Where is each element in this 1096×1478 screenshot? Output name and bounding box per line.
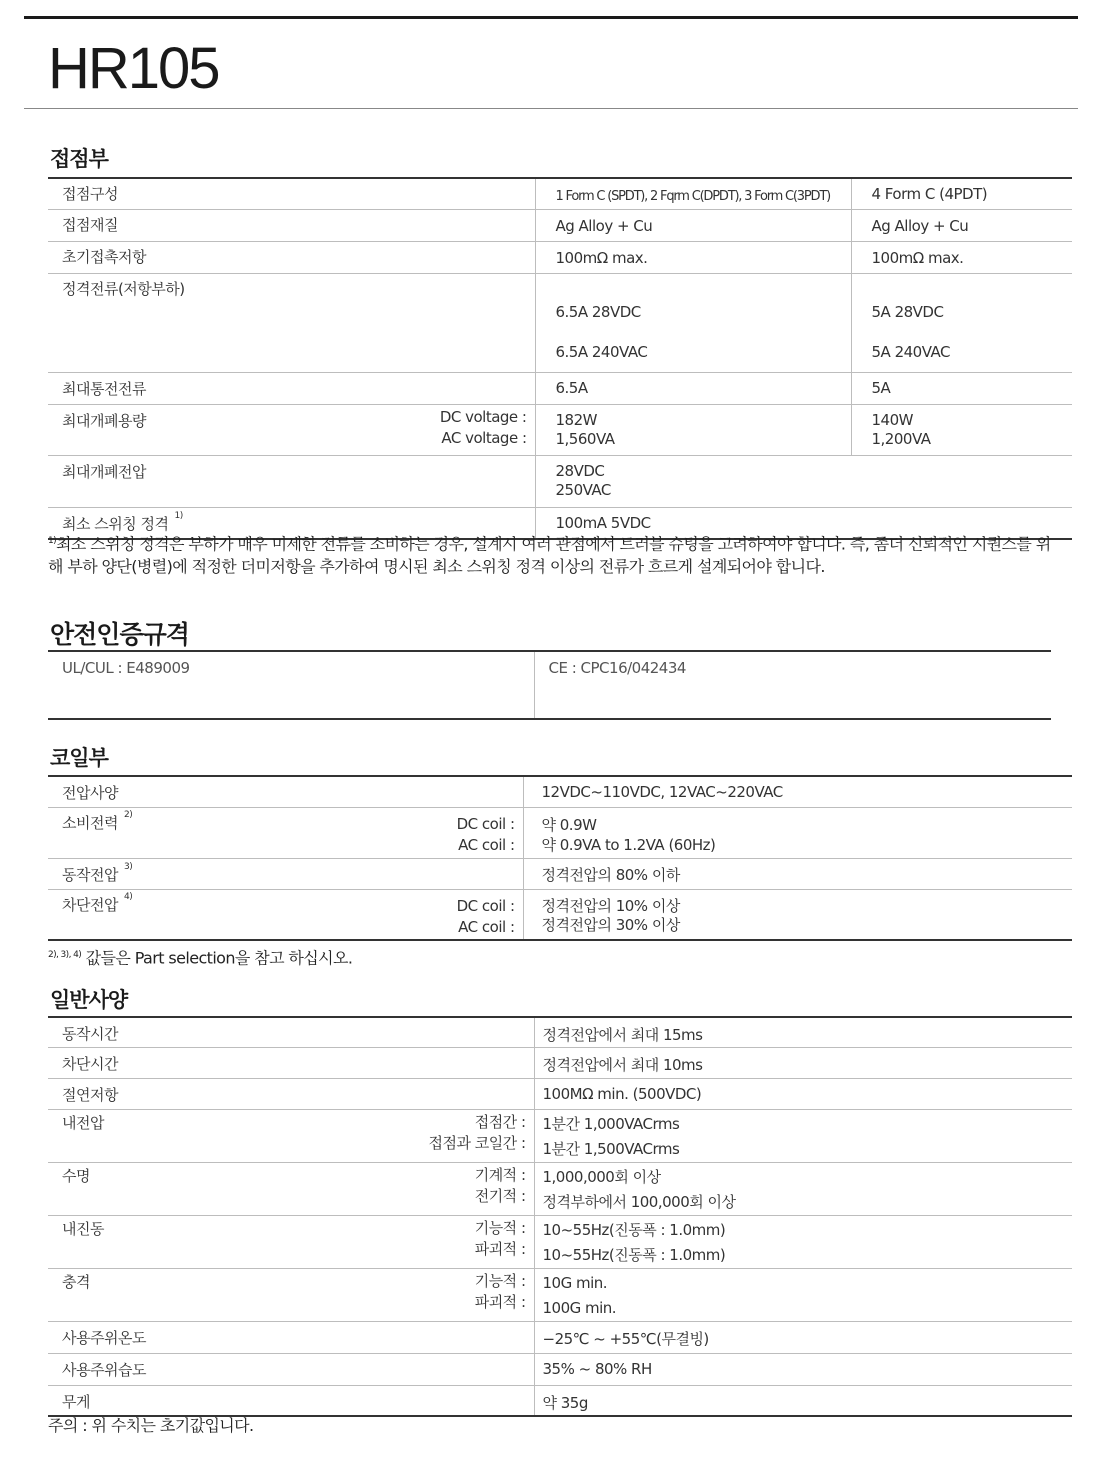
table-row: 사용주위온도 −25℃ ~ +55℃(무결빙) xyxy=(48,1321,1072,1353)
table-row: 최대개폐용량 DC voltage : AC voltage : 182W 1,… xyxy=(48,404,1072,455)
table-row: 정격전류(저항부하) 6.5A 28VDC 6.5A 240VAC 5A 28V… xyxy=(48,273,1072,372)
cert-ce: CE : CPC16/042434 xyxy=(534,651,1051,719)
contact-section-title: 접점부 xyxy=(50,143,108,173)
table-row: 절연저항 100MΩ min. (500VDC) xyxy=(48,1078,1072,1109)
row-value: 약 0.9VA to 1.2VA (60Hz) xyxy=(542,835,1073,855)
row-value: 10G min. xyxy=(543,1271,1073,1296)
row-label: 정격전류(저항부하) xyxy=(48,273,535,372)
table-row: 최대개폐전압 28VDC 250VAC xyxy=(48,455,1072,507)
sub-label: 기능적 : xyxy=(475,1218,526,1239)
row-value: 28VDC xyxy=(556,462,1073,481)
footnote-marker: 1) xyxy=(48,536,56,546)
row-value: 1 Form C (SPDT), 2 Fqrm C(DPDT), 3 Form … xyxy=(556,189,830,204)
footnote-marker: 2) xyxy=(124,810,132,820)
title-divider xyxy=(24,108,1078,109)
table-row: 수명 기계적 : 전기적 : 1,000,000회 이상 정격부하에서 100,… xyxy=(48,1162,1072,1215)
sub-label: 접점간 : xyxy=(428,1112,525,1133)
row-label: 내전압 xyxy=(62,1114,104,1132)
row-value: 약 35g xyxy=(534,1385,1072,1416)
table-row: 내진동 기능적 : 파괴적 : 10~55Hz(진동폭 : 1.0mm) 10~… xyxy=(48,1215,1072,1268)
row-value: Ag Alloy + Cu xyxy=(851,209,1072,241)
row-label: 차단전압 xyxy=(62,896,118,914)
table-row: 전압사양 12VDC~110VDC, 12VAC~220VAC xyxy=(48,776,1072,807)
table-row: 초기접촉저항 100mΩ max. 100mΩ max. xyxy=(48,241,1072,273)
row-value: 6.5A xyxy=(535,372,851,404)
sub-label: 파괴적 : xyxy=(475,1239,526,1260)
row-value: 정격부하에서 100,000회 이상 xyxy=(543,1190,1073,1215)
sub-label: 접점과 코일간 : xyxy=(428,1133,525,1154)
row-value: 35% ~ 80% RH xyxy=(534,1353,1072,1385)
table-row: 접점구성 1 Form C (SPDT), 2 Fqrm C(DPDT), 3 … xyxy=(48,178,1072,209)
row-value: −25℃ ~ +55℃(무결빙) xyxy=(534,1321,1072,1353)
row-value: 정격전압의 80% 이하 xyxy=(523,858,1072,889)
page-title: HR105 xyxy=(48,34,219,104)
table-row: 차단전압4) DC coil : AC coil : 정격전압의 10% 이상 … xyxy=(48,889,1072,940)
coil-note: 2), 3), 4) 값들은 Part selection을 참고 하십시오. xyxy=(48,944,352,969)
table-row: UL/CUL : E489009 CE : CPC16/042434 xyxy=(48,651,1051,719)
table-row: 동작전압3) 정격전압의 80% 이하 xyxy=(48,858,1072,889)
sub-label: AC voltage : xyxy=(440,428,527,449)
row-value: 1,560VA xyxy=(556,430,851,449)
table-row: 접점재질 Ag Alloy + Cu Ag Alloy + Cu xyxy=(48,209,1072,241)
table-row: 최대통전전류 6.5A 5A xyxy=(48,372,1072,404)
sub-label: AC coil : xyxy=(457,835,515,856)
footnote-text: 최소 스위칭 정격은 부하가 매우 미세한 전류를 소비하는 경우, 설계시 여… xyxy=(48,534,1051,576)
table-row: 차단시간 정격전압에서 최대 10ms xyxy=(48,1047,1072,1078)
row-label: 최대개폐전압 xyxy=(48,455,535,507)
row-label: 최대개폐용량 xyxy=(62,412,146,430)
row-label: 충격 xyxy=(62,1273,90,1291)
coil-section-title: 코일부 xyxy=(50,742,108,772)
row-value: 1,200VA xyxy=(872,430,1073,449)
row-value: 정격전압에서 최대 15ms xyxy=(534,1017,1072,1047)
row-label: 동작시간 xyxy=(48,1017,534,1047)
row-value: Ag Alloy + Cu xyxy=(535,209,851,241)
row-value: 정격전압에서 최대 10ms xyxy=(534,1047,1072,1078)
footnote-marker: 1) xyxy=(174,511,182,521)
table-row: 동작시간 정격전압에서 최대 15ms xyxy=(48,1017,1072,1047)
row-value: 100mΩ max. xyxy=(535,241,851,273)
footnote-marker: 3) xyxy=(124,862,132,872)
row-label: 전압사양 xyxy=(48,776,523,807)
row-value: 1,000,000회 이상 xyxy=(543,1165,1073,1190)
row-value: 약 0.9W xyxy=(542,815,1073,835)
row-label: 무게 xyxy=(48,1385,534,1416)
row-label: 내진동 xyxy=(62,1220,104,1238)
sub-label: DC voltage : xyxy=(440,407,527,428)
table-row: 내전압 접점간 : 접점과 코일간 : 1분간 1,000VACrms 1분간 … xyxy=(48,1109,1072,1162)
row-label: 동작전압 xyxy=(62,866,118,884)
sub-label: 전기적 : xyxy=(475,1186,526,1207)
row-value: 12VDC~110VDC, 12VAC~220VAC xyxy=(523,776,1072,807)
row-value: 정격전압의 10% 이상 xyxy=(542,897,1073,916)
row-label: 초기접촉저항 xyxy=(48,241,535,273)
table-row: 사용주위습도 35% ~ 80% RH xyxy=(48,1353,1072,1385)
sub-label: 기계적 : xyxy=(475,1165,526,1186)
row-value: 1분간 1,000VACrms xyxy=(543,1112,1073,1137)
sub-label: DC coil : xyxy=(457,896,515,917)
general-spec-table: 동작시간 정격전압에서 최대 15ms 차단시간 정격전압에서 최대 10ms … xyxy=(48,1016,1072,1417)
top-rule xyxy=(24,16,1078,19)
row-value: 100G min. xyxy=(543,1296,1073,1321)
row-value: 4 Form C (4PDT) xyxy=(851,178,1072,209)
row-value: 100mΩ max. xyxy=(851,241,1072,273)
row-value: 182W xyxy=(556,411,851,430)
contact-footnote: 1)최소 스위칭 정격은 부하가 매우 미세한 전류를 소비하는 경우, 설계시… xyxy=(48,530,1058,578)
table-row: 무게 약 35g xyxy=(48,1385,1072,1416)
row-value: 5A xyxy=(851,372,1072,404)
row-label: 사용주위온도 xyxy=(48,1321,534,1353)
row-label: 절연저항 xyxy=(48,1078,534,1109)
sub-label: DC coil : xyxy=(457,814,515,835)
contact-spec-table: 접점구성 1 Form C (SPDT), 2 Fqrm C(DPDT), 3 … xyxy=(48,177,1072,540)
row-value: 1분간 1,500VACrms xyxy=(543,1137,1073,1162)
row-value: 6.5A 28VDC xyxy=(556,292,851,332)
row-label: 최대통전전류 xyxy=(48,372,535,404)
note-text: 값들은 Part selection을 참고 하십시오. xyxy=(86,948,353,967)
row-value: 5A 28VDC xyxy=(872,292,1073,332)
row-value: 6.5A 240VAC xyxy=(556,332,851,372)
row-label: 사용주위습도 xyxy=(48,1353,534,1385)
sub-label: AC coil : xyxy=(457,917,515,938)
general-note: 주의 : 위 수치는 초기값입니다. xyxy=(48,1414,254,1437)
row-label: 차단시간 xyxy=(48,1047,534,1078)
table-row: 충격 기능적 : 파괴적 : 10G min. 100G min. xyxy=(48,1268,1072,1321)
row-label: 접점재질 xyxy=(48,209,535,241)
sub-label: 기능적 : xyxy=(475,1271,526,1292)
row-label: 소비전력 xyxy=(62,814,118,832)
row-value: 10~55Hz(진동폭 : 1.0mm) xyxy=(543,1218,1073,1243)
row-value: 100MΩ min. (500VDC) xyxy=(534,1078,1072,1109)
coil-spec-table: 전압사양 12VDC~110VDC, 12VAC~220VAC 소비전력2) D… xyxy=(48,775,1072,941)
row-value: 5A 240VAC xyxy=(872,332,1073,372)
safety-section-title: 안전인증규격 xyxy=(50,615,189,651)
row-value: 10~55Hz(진동폭 : 1.0mm) xyxy=(543,1243,1073,1268)
footnote-marker: 2), 3), 4) xyxy=(48,950,81,960)
footnote-marker: 4) xyxy=(124,892,132,902)
row-label: 접점구성 xyxy=(48,178,535,209)
row-value: 250VAC xyxy=(556,481,1073,500)
row-value: 140W xyxy=(872,411,1073,430)
row-label: 수명 xyxy=(62,1167,90,1185)
row-value: 정격전압의 30% 이상 xyxy=(542,916,1073,935)
table-row: 소비전력2) DC coil : AC coil : 약 0.9W 약 0.9V… xyxy=(48,807,1072,858)
safety-table: UL/CUL : E489009 CE : CPC16/042434 xyxy=(48,650,1051,720)
cert-ul: UL/CUL : E489009 xyxy=(48,651,534,719)
general-section-title: 일반사양 xyxy=(50,984,127,1014)
sub-label: 파괴적 : xyxy=(475,1292,526,1313)
